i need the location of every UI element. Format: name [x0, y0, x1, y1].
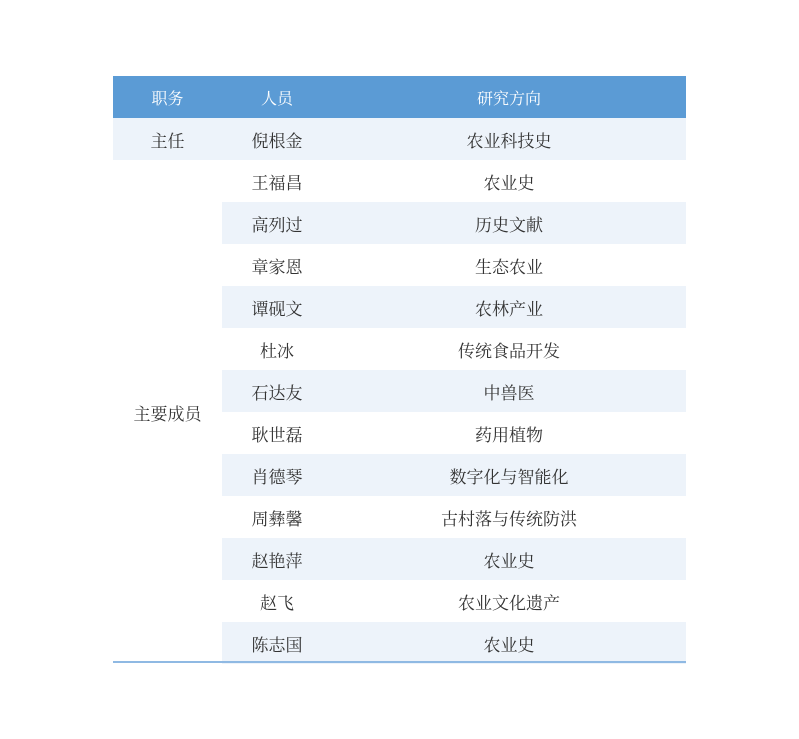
- name-cell: 王福昌: [222, 160, 332, 202]
- header-role: 职务: [113, 76, 222, 118]
- field-cell: 生态农业: [332, 244, 686, 286]
- field-cell: 农业史: [332, 622, 686, 664]
- field-cell: 传统食品开发: [332, 328, 686, 370]
- name-cell: 章家恩: [222, 244, 332, 286]
- name-cell: 石达友: [222, 370, 332, 412]
- name-cell: 陈志国: [222, 622, 332, 664]
- field-cell: 中兽医: [332, 370, 686, 412]
- field-cell: 古村落与传统防洪: [332, 496, 686, 538]
- name-cell: 高列过: [222, 202, 332, 244]
- name-cell: 耿世磊: [222, 412, 332, 454]
- field-cell: 农业史: [332, 538, 686, 580]
- header-research-field: 研究方向: [332, 76, 686, 118]
- field-cell: 数字化与智能化: [332, 454, 686, 496]
- name-cell: 杜冰: [222, 328, 332, 370]
- header-person: 人员: [222, 76, 332, 118]
- field-cell: 农业文化遗产: [332, 580, 686, 622]
- name-cell: 倪根金: [222, 118, 332, 160]
- field-cell: 历史文献: [332, 202, 686, 244]
- name-cell: 肖德琴: [222, 454, 332, 496]
- table-header: 职务 人员 研究方向: [113, 76, 686, 118]
- table-row-director: 主任 倪根金 农业科技史: [113, 118, 686, 160]
- members-role-cell: 主要成员: [113, 160, 222, 664]
- name-cell: 赵飞: [222, 580, 332, 622]
- staff-table: 职务 人员 研究方向 主任 倪根金 农业科技史 主要成员 王福昌农业史高列过历史…: [113, 76, 686, 664]
- field-cell: 农业史: [332, 160, 686, 202]
- name-cell: 周彝馨: [222, 496, 332, 538]
- name-cell: 谭砚文: [222, 286, 332, 328]
- field-cell: 药用植物: [332, 412, 686, 454]
- name-cell: 赵艳萍: [222, 538, 332, 580]
- members-group: 主要成员 王福昌农业史高列过历史文献章家恩生态农业谭砚文农林产业杜冰传统食品开发…: [113, 160, 686, 664]
- field-cell: 农林产业: [332, 286, 686, 328]
- role-cell: 主任: [113, 118, 222, 160]
- field-cell: 农业科技史: [332, 118, 686, 160]
